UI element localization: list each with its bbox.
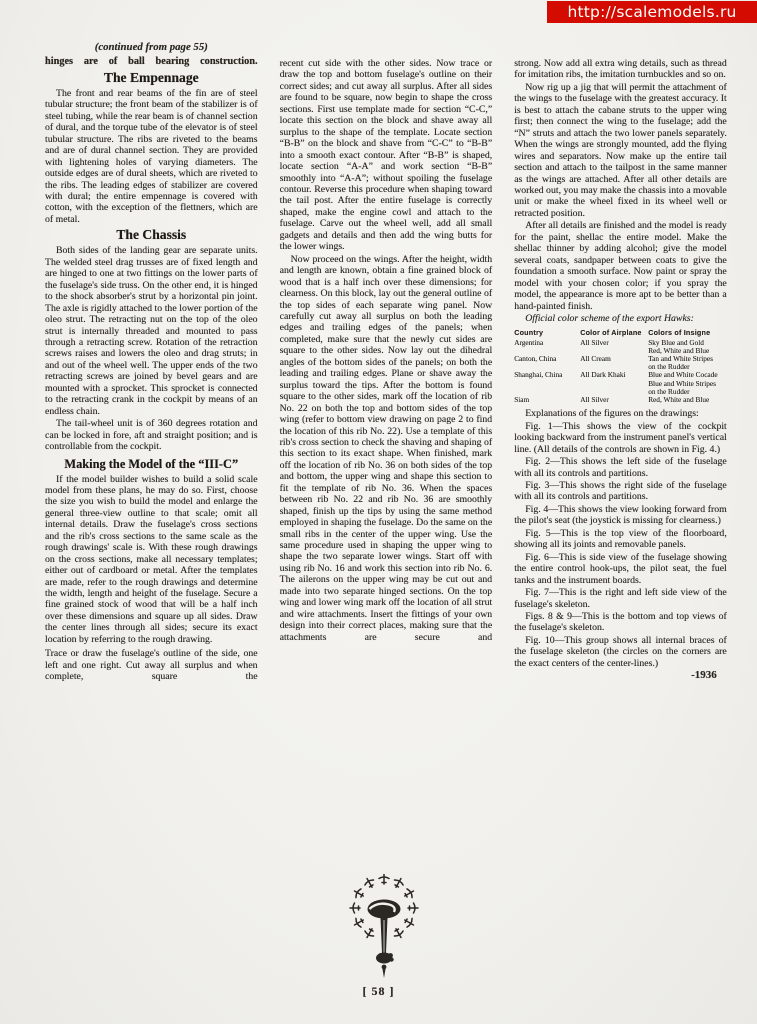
table-cell-insigne: Red, White and Blue xyxy=(648,396,727,404)
table-cell-insigne: Blue and White Cocade Blue and White Str… xyxy=(648,371,727,396)
table-row: Argentina All Silver Sky Blue and Gold R… xyxy=(514,339,727,355)
year-mark: -1936 xyxy=(514,670,727,681)
watermark-url: http://scalemodels.ru xyxy=(567,1,736,23)
table-row: Siam All Silver Red, White and Blue xyxy=(514,396,727,404)
figure-caption: Fig. 4—This shows the view looking forwa… xyxy=(514,504,727,527)
torch-emblem-graphic xyxy=(338,874,430,980)
table-cell-airplane: All Cream xyxy=(580,355,646,371)
paragraph: Trace or draw the fuselage's outline of … xyxy=(45,648,258,682)
table-cell-country: Siam xyxy=(514,396,578,404)
table-header-insigne: Colors of Insigne xyxy=(648,329,727,337)
paragraph: Both sides of the landing gear are separ… xyxy=(45,245,258,417)
heading-empennage: The Empennage xyxy=(45,70,258,85)
heading-chassis: The Chassis xyxy=(45,227,258,242)
paragraph: The tail-wheel unit is of 360 degrees ro… xyxy=(45,418,258,452)
torch-icon xyxy=(367,900,400,979)
figure-caption: Fig. 1—This shows the view of the cockpi… xyxy=(514,421,727,455)
figure-caption: Fig. 10—This group shows all internal br… xyxy=(514,635,727,669)
table-cell-airplane: All Dark Khaki xyxy=(580,371,646,396)
article-columns: (continued from page 55) hinges are of b… xyxy=(45,42,727,684)
paragraph: strong. Now add all extra wing details, … xyxy=(514,58,727,81)
figure-caption: Fig. 6—This is side view of the fuselage… xyxy=(514,552,727,586)
paragraph: If the model builder wishes to build a s… xyxy=(45,474,258,646)
paragraph: Now proceed on the wings. After the heig… xyxy=(280,254,493,643)
column-2: recent cut side with the other sides. No… xyxy=(280,42,493,684)
column-1: (continued from page 55) hinges are of b… xyxy=(45,42,258,684)
figure-caption: Fig. 3—This shows the right side of the … xyxy=(514,480,727,503)
table-cell-airplane: All Silver xyxy=(580,339,646,355)
watermark-banner: http://scalemodels.ru xyxy=(547,1,757,23)
torch-emblem xyxy=(338,874,430,985)
insigne-line: Red, White and Blue xyxy=(648,396,727,404)
table-header-airplane: Color of Airplane xyxy=(580,329,646,337)
figure-caption: Fig. 2—This shows the left side of the f… xyxy=(514,456,727,479)
table-header-row: Country Color of Airplane Colors of Insi… xyxy=(514,329,727,337)
explanations-intro: Explanations of the figures on the drawi… xyxy=(514,408,727,419)
table-row: Shanghai, China All Dark Khaki Blue and … xyxy=(514,371,727,396)
table-cell-country: Canton, China xyxy=(514,355,578,371)
table-cell-insigne: Tan and White Stripes on the Rudder xyxy=(648,355,727,371)
paragraph: The front and rear beams of the fin are … xyxy=(45,88,258,225)
figure-caption: Fig. 7—This is the right and left side v… xyxy=(514,587,727,610)
color-scheme-table: Country Color of Airplane Colors of Insi… xyxy=(514,329,727,404)
table-cell-country: Shanghai, China xyxy=(514,371,578,396)
paragraph: After all details are finished and the m… xyxy=(514,220,727,312)
table-cell-country: Argentina xyxy=(514,339,578,355)
table-row: Canton, China All Cream Tan and White St… xyxy=(514,355,727,371)
table-header-country: Country xyxy=(514,329,578,337)
paragraph: recent cut side with the other sides. No… xyxy=(280,58,493,253)
column-3: strong. Now add all extra wing details, … xyxy=(514,42,727,684)
page-number: [ 58 ] xyxy=(0,984,757,999)
color-scheme-intro: Official color scheme of the export Hawk… xyxy=(514,313,727,324)
table-cell-insigne: Sky Blue and Gold Red, White and Blue xyxy=(648,339,727,355)
table-cell-airplane: All Silver xyxy=(580,396,646,404)
paragraph: Now rig up a jig that will permit the at… xyxy=(514,82,727,219)
lead-line: hinges are of ball bearing construction. xyxy=(45,56,258,67)
continued-note: (continued from page 55) xyxy=(45,42,258,53)
heading-making-model: Making the Model of the “III-C” xyxy=(45,457,258,471)
figure-caption: Figs. 8 & 9—This is the bottom and top v… xyxy=(514,611,727,634)
figure-caption: Fig. 5—This is the top view of the floor… xyxy=(514,528,727,551)
